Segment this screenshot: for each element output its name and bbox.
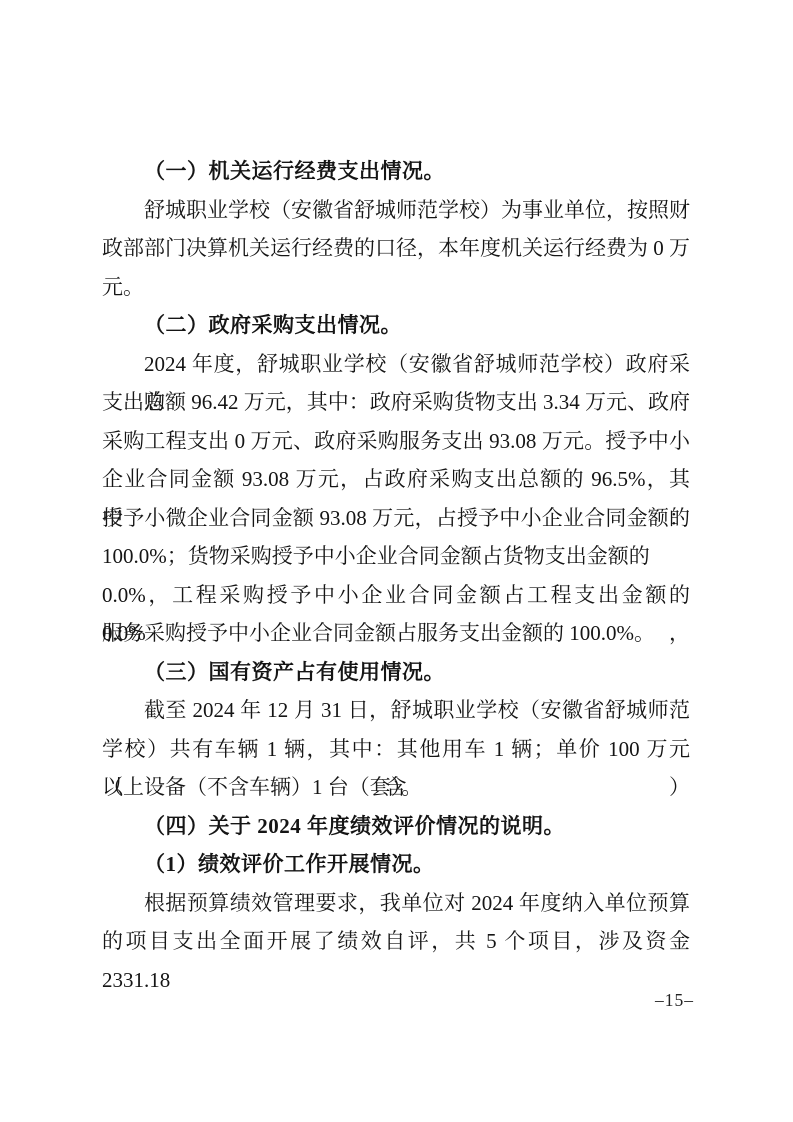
- paragraph-line: 采购工程支出 0 万元、政府采购服务支出 93.08 万元。授予中小: [102, 422, 690, 461]
- heading-subsection-1: （1）绩效评价工作开展情况。: [102, 845, 690, 884]
- paragraph-line: 元。: [102, 268, 690, 307]
- document-text-block: （一）机关运行经费支出情况。 舒城职业学校（安徽省舒城师范学校）为事业单位，按照…: [102, 152, 690, 961]
- page-number: –15–: [655, 990, 694, 1010]
- heading-section-3: （三）国有资产占有使用情况。: [102, 653, 690, 692]
- paragraph-line: 0.0%，工程采购授予中小企业合同金额占工程支出金额的 0.0%，: [102, 576, 690, 615]
- paragraph-line: 授予小微企业合同金额 93.08 万元，占授予中小企业合同金额的: [102, 499, 690, 538]
- paragraph-line: 截至 2024 年 12 月 31 日，舒城职业学校（安徽省舒城师范: [102, 691, 690, 730]
- paragraph-line: 企业合同金额 93.08 万元，占政府采购支出总额的 96.5%，其中：: [102, 460, 690, 499]
- document-page: （一）机关运行经费支出情况。 舒城职业学校（安徽省舒城师范学校）为事业单位，按照…: [0, 0, 793, 1122]
- heading-section-4: （四）关于 2024 年度绩效评价情况的说明。: [102, 807, 690, 846]
- heading-section-2: （二）政府采购支出情况。: [102, 306, 690, 345]
- paragraph-line: 的项目支出全面开展了绩效自评，共 5 个项目，涉及资金 2331.18: [102, 922, 690, 961]
- heading-section-1: （一）机关运行经费支出情况。: [102, 152, 690, 191]
- paragraph-line: 100.0%；货物采购授予中小企业合同金额占货物支出金额的: [102, 537, 690, 576]
- paragraph-line: 支出总额 96.42 万元，其中：政府采购货物支出 3.34 万元、政府: [102, 383, 690, 422]
- paragraph-line: 学校）共有车辆 1 辆，其中：其他用车 1 辆；单价 100 万元（含）: [102, 730, 690, 769]
- paragraph-line: 服务采购授予中小企业合同金额占服务支出金额的 100.0%。: [102, 614, 690, 653]
- paragraph-line: 2024 年度，舒城职业学校（安徽省舒城师范学校）政府采购: [102, 345, 690, 384]
- paragraph-line: 根据预算绩效管理要求，我单位对 2024 年度纳入单位预算: [102, 884, 690, 923]
- paragraph-line: 舒城职业学校（安徽省舒城师范学校）为事业单位，按照财: [102, 191, 690, 230]
- paragraph-line: 政部部门决算机关运行经费的口径，本年度机关运行经费为 0 万: [102, 229, 690, 268]
